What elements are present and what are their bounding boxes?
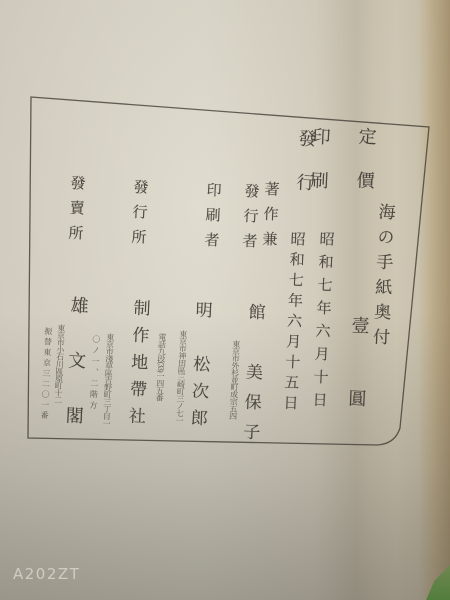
printer-role: 印刷者: [202, 182, 220, 258]
seller-role: 發賣所: [66, 175, 84, 251]
printer-phone: 電話九段(33)一四五番: [155, 333, 166, 401]
publisher-role: 發行所: [129, 179, 147, 255]
book-photo: 海の手紙奥付 定價 壹圓 印刷 昭和七年六月十日 發行 昭和七年六月十五日 著作…: [0, 0, 450, 600]
author-role-line-1: 著作兼: [260, 181, 278, 257]
author-role-line-2: 發行者: [240, 183, 258, 259]
watermark: A202ZT: [13, 565, 80, 583]
issued-label: 發行: [294, 129, 316, 218]
price-label: 定價: [354, 127, 376, 216]
